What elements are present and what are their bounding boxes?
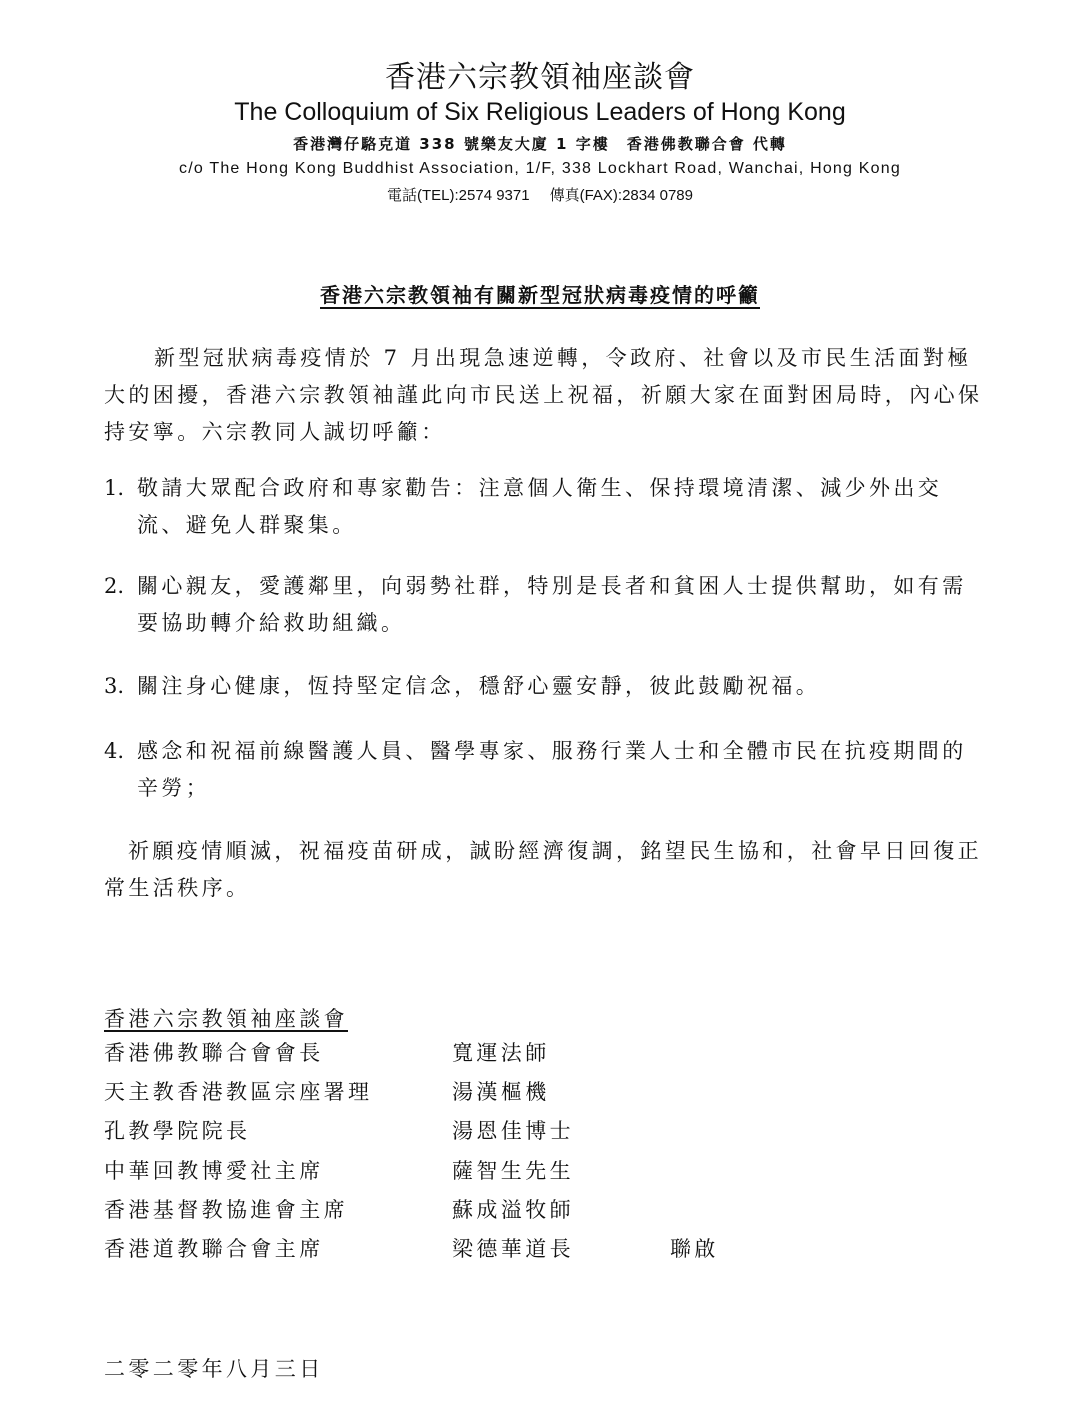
item-number: 3. [104, 668, 124, 705]
appeal-item-4: 4. 感念和祝福前線醫護人員、醫學專家、服務行業人士和全體市民在抗疫期間的辛勞； [104, 733, 984, 807]
item-number: 2. [104, 568, 124, 605]
signatory-title: 香港基督教協進會主席 [104, 1194, 348, 1224]
signatory-name: 湯恩佳博士 [452, 1115, 574, 1145]
item-text: 感念和祝福前線醫護人員、醫學專家、服務行業人士和全體市民在抗疫期間的辛勞； [137, 739, 967, 800]
contact-line: 電話(TEL):2574 9371傳真(FAX):2834 0789 [0, 184, 1080, 205]
address-en: c/o The Hong Kong Buddhist Association, … [0, 160, 1080, 178]
telephone: 電話(TEL):2574 9371 [387, 187, 530, 204]
org-name-en: The Colloquium of Six Religious Leaders … [0, 98, 1080, 127]
address-zh: 香港灣仔駱克道 338 號樂友大廈 1 字樓 香港佛教聯合會 代轉 [0, 133, 1080, 154]
signatory-title: 天主教香港教區宗座署理 [104, 1076, 372, 1106]
document-date: 二零二零年八月三日 [104, 1353, 324, 1383]
fax: 傳真(FAX):2834 0789 [550, 187, 693, 204]
intro-paragraph: 新型冠狀病毒疫情於 7 月出現急速逆轉，令政府、社會以及市民生活面對極大的困擾，… [104, 340, 984, 451]
signatory-name: 梁德華道長 [452, 1233, 574, 1263]
signatory-name: 蘇成溢牧師 [452, 1194, 574, 1224]
item-text: 敬請大眾配合政府和專家勸告：注意個人衛生、保持環境清潔、減少外出交流、避免人群聚… [137, 476, 942, 537]
signatory-title: 中華回教博愛社主席 [104, 1155, 324, 1185]
document-title: 香港六宗教領袖有關新型冠狀病毒疫情的呼籲 [0, 279, 1080, 308]
signatory-name: 薩智生先生 [452, 1155, 574, 1185]
signatory-title: 香港佛教聯合會會長 [104, 1037, 324, 1067]
appeal-item-1: 1. 敬請大眾配合政府和專家勸告：注意個人衛生、保持環境清潔、減少外出交流、避免… [104, 470, 984, 544]
org-name-zh: 香港六宗教領袖座談會 [0, 52, 1080, 96]
signatory-organization: 香港六宗教領袖座談會 [104, 1003, 348, 1033]
appeal-item-2: 2. 關心親友，愛護鄰里，向弱勢社群，特別是長者和貧困人士提供幫助，如有需要協助… [104, 568, 984, 642]
appeal-item-3: 3. 關注身心健康，恆持堅定信念，穩舒心靈安靜，彼此鼓勵祝福。 [104, 668, 984, 705]
item-number: 4. [104, 733, 124, 770]
signatory-name: 寬運法師 [452, 1037, 550, 1067]
item-text: 關注身心健康，恆持堅定信念，穩舒心靈安靜，彼此鼓勵祝福。 [137, 674, 820, 698]
item-text: 關心親友，愛護鄰里，向弱勢社群，特別是長者和貧困人士提供幫助，如有需要協助轉介給… [137, 574, 967, 635]
joint-signature-label: 聯啟 [670, 1233, 719, 1263]
signatory-name: 湯漢樞機 [452, 1076, 550, 1106]
signatory-title: 孔教學院院長 [104, 1115, 250, 1145]
document-title-text: 香港六宗教領袖有關新型冠狀病毒疫情的呼籲 [320, 283, 760, 307]
signatory-title: 香港道教聯合會主席 [104, 1233, 324, 1263]
item-number: 1. [104, 470, 124, 507]
closing-paragraph: 祈願疫情順滅，祝福疫苗研成，誠盼經濟復調，銘望民生協和，社會早日回復正常生活秩序… [104, 833, 984, 907]
